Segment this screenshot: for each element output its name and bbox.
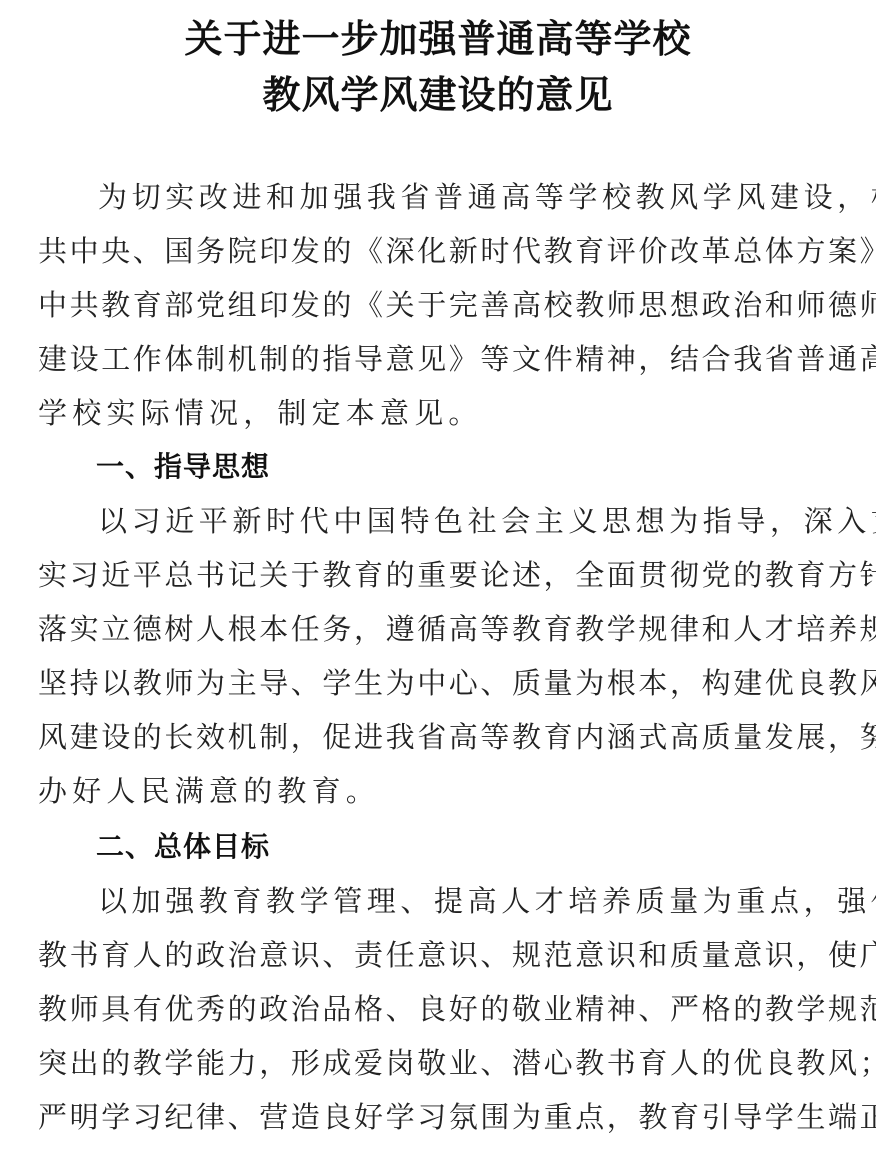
text-line: 实习近平总书记关于教育的重要论述，全面贯彻党的教育方针， <box>38 557 858 593</box>
section-heading-overall-goals: 二、总体目标 <box>96 829 270 865</box>
text-line: 严明学习纪律、营造良好学习氛围为重点，教育引导学生端正学 <box>38 1099 858 1135</box>
document-title-line-1: 关于进一步加强普通高等学校 <box>0 8 876 63</box>
text-line: 中共教育部党组印发的《关于完善高校教师思想政治和师德师风 <box>38 287 858 323</box>
section-heading-guiding-ideology: 一、指导思想 <box>96 449 270 485</box>
text-line: 落实立德树人根本任务，遵循高等教育教学规律和人才培养规律， <box>38 611 858 647</box>
text-line: 风建设的长效机制，促进我省高等教育内涵式高质量发展，努力 <box>38 719 858 755</box>
text-line: 学校实际情况，制定本意见。 <box>38 395 858 431</box>
text-line: 以习近平新时代中国特色社会主义思想为指导，深入贯彻落 <box>98 503 876 539</box>
text-line: 以加强教育教学管理、提高人才培养质量为重点，强化教师 <box>98 883 876 919</box>
text-line: 为切实改进和加强我省普通高等学校教风学风建设，根据中 <box>98 179 876 215</box>
text-line: 建设工作体制机制的指导意见》等文件精神，结合我省普通高等 <box>38 341 858 377</box>
text-line: 教书育人的政治意识、责任意识、规范意识和质量意识，使广大 <box>38 937 858 973</box>
text-line: 共中央、国务院印发的《深化新时代教育评价改革总体方案》、 <box>38 233 858 269</box>
text-line: 坚持以教师为主导、学生为中心、质量为根本，构建优良教风学 <box>38 665 858 701</box>
text-line: 教师具有优秀的政治品格、良好的敬业精神、严格的教学规范和 <box>38 991 858 1027</box>
document-title-line-2: 教风学风建设的意见 <box>0 64 876 119</box>
text-line: 突出的教学能力，形成爱岗敬业、潜心教书育人的优良教风；以 <box>38 1045 858 1081</box>
text-line: 办好人民满意的教育。 <box>38 773 858 809</box>
